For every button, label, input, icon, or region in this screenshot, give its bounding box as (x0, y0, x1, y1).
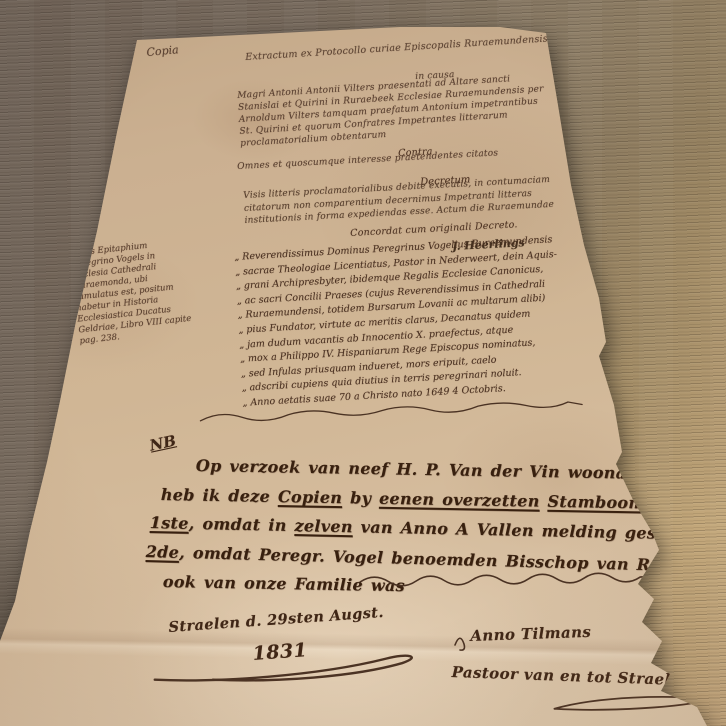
dateline-place-date: Straelen d. 29sten Augst. (168, 604, 384, 636)
dutch-note-line: 1ste, omdat in zelven van Anno A Vallen … (150, 513, 713, 544)
paper-shadow-wrapper: Copia Extractum ex Protocollo curiae Epi… (0, 0, 726, 726)
dutch-note-line: Op verzoek van neef H. P. Van der Vin wo… (196, 456, 726, 485)
photo-of-manuscript-on-wood-table: Copia Extractum ex Protocollo curiae Epi… (0, 0, 726, 726)
signature-paraph (452, 630, 468, 650)
signature-title: Pastoor van en tot Straelen (451, 663, 692, 689)
omnes-line: Omnes et quoscumque interesse praetenden… (237, 148, 498, 172)
petition-paragraph: Magri Antonii Antonii Vilters praesentat… (237, 71, 546, 150)
copy-label: Copia (146, 43, 179, 59)
dutch-note-line: heb ik deze Copien by eenen overzetten S… (161, 485, 726, 514)
nb-label: NB (148, 432, 178, 455)
margin-note: Cujus Epitaphium Peregrino Vogels in Ecc… (70, 237, 193, 347)
manuscript-paper: Copia Extractum ex Protocollo curiae Epi… (0, 0, 726, 726)
quoted-epitaph-block: „ Reverendissimus Dominus Peregrinus Vog… (234, 233, 565, 411)
signature-flourish (548, 690, 719, 720)
heading-line1: Extractum ex Protocollo curiae Episcopal… (245, 34, 548, 63)
